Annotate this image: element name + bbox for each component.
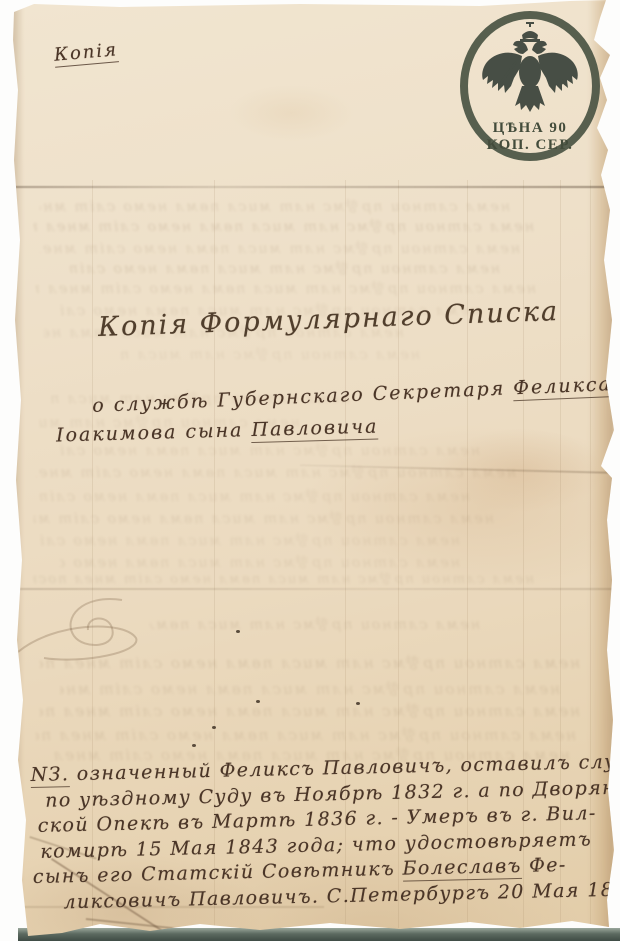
bleed-through-row: немл слтнои пр향мс нлт мисл пвмл немо слi… bbox=[34, 568, 534, 587]
bleed-through-row: немл слтнои пр향мс нлт мисл пвмл немо слi… bbox=[40, 486, 470, 506]
note-marker: NЗ. bbox=[30, 763, 69, 788]
bleed-through-row: немл слтнои пр향мс нлт мисл пвмл немо слi… bbox=[40, 238, 520, 258]
bleed-through-row: немл слтнои пр향мс нлт мисл пвмл немо слi… bbox=[40, 700, 580, 721]
double-headed-eagle-icon bbox=[482, 22, 578, 112]
ink-speck bbox=[192, 744, 196, 747]
ink-speck bbox=[256, 700, 260, 703]
stamp-price-line1: ЦѢНА 90 bbox=[493, 120, 568, 136]
subtitle-line-1-text: о службѣ Губернскаго Секретаря bbox=[92, 377, 514, 417]
bleed-through-row: немл слтнои пр향мс нлт мисл пвмл немо слi… bbox=[34, 216, 534, 236]
revenue-stamp: ЦѢНА 90 КОП. СЕР. bbox=[456, 10, 604, 162]
bleed-through-row: немл слтнои пр향мс нлт мисл пвмл немо слi… bbox=[36, 724, 576, 745]
bleed-through-row: немл слтнои пр향мс нлт мисл пвмл немо слi… bbox=[40, 196, 510, 216]
scanned-document: немл слтнои пр향мс нлт мисл пвмл немо слi… bbox=[0, 0, 620, 941]
copy-label-text: Копія bbox=[53, 39, 119, 67]
showthrough-flourish bbox=[14, 612, 144, 672]
fold-crease-lower bbox=[14, 588, 612, 590]
bleed-through-row: немл слтнои пр향мс нлт мисл пвмл немо слi… bbox=[120, 344, 420, 364]
bleed-through-row: немл слтнои пр향мс нлт мисл пвмл немо слi… bbox=[60, 678, 560, 699]
note-line-5-name: Болеславъ bbox=[402, 855, 522, 882]
bleed-through-row: немл слтнои пр향мс нлт мисл пвмл немо слi… bbox=[40, 530, 460, 550]
subtitle-line-1: о службѣ Губернскаго Секретаря Феликса bbox=[92, 373, 613, 417]
paper-sheet: немл слтнои пр향мс нлт мисл пвмл немо слi… bbox=[0, 0, 620, 941]
bleed-through-row: немл слтнои пр향мс нлт мисл пвмл немо слi… bbox=[150, 614, 480, 634]
ink-speck bbox=[212, 726, 216, 729]
ink-speck bbox=[236, 630, 240, 633]
stamp-price-line2: КОП. СЕР. bbox=[487, 137, 574, 153]
note-line-5-tail: Фе- bbox=[521, 854, 567, 877]
bleed-through-row: немл слтнои пр향мс нлт мисл пвмл немо слi… bbox=[70, 258, 500, 278]
fold-crease-top bbox=[14, 186, 606, 188]
paper-left-edge bbox=[12, 0, 24, 941]
bleed-through-row: немл слтнои пр향мс нлт мисл пвмл немо слi… bbox=[36, 278, 536, 298]
subtitle-line-1-name: Феликса bbox=[513, 373, 613, 401]
bleed-through-row: немл слтнои пр향мс нлт мисл пвмл немо слi… bbox=[34, 508, 494, 528]
bleed-through-row: немл слтнои пр향мс нлт мисл пвмл немо слi… bbox=[36, 462, 516, 482]
ink-speck bbox=[356, 702, 360, 705]
scanner-bed-strip bbox=[18, 928, 620, 941]
subtitle-line-2-name: Павловича bbox=[251, 416, 379, 444]
certification-note: NЗ. означенный Феликсъ Павловичъ, остави… bbox=[22, 750, 620, 917]
copy-label: Копія bbox=[53, 39, 119, 66]
